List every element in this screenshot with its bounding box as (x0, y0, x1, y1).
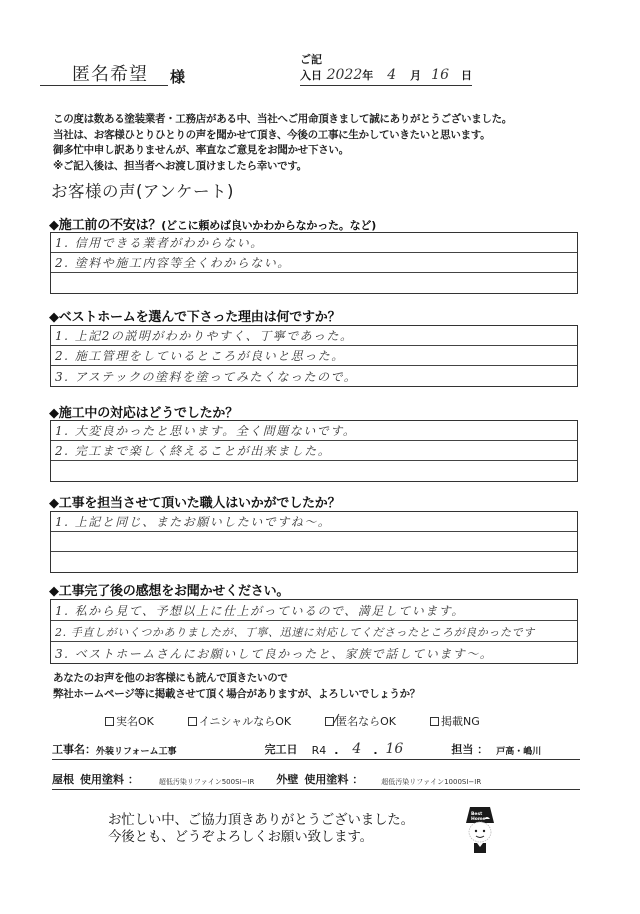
question-text: ◆施工前の不安は？ (49, 218, 161, 233)
question-text: ◆ベストホームを選んで下さった理由は何ですか？ (49, 310, 340, 325)
answer-text: 2. 手直しがいくつかありましたが、丁寧、迅速に対応してくださったところが良かっ… (55, 624, 535, 640)
answer-row: 2. 完工まで楽しく終えることが出来ました。 (51, 441, 577, 461)
checkbox[interactable] (188, 717, 197, 726)
roof-paint-value: 超低汚染リファイン500SI−IR (159, 777, 255, 787)
question-heading: ◆工事を担当させて頂いた職人はいかがでしたか？ (49, 492, 340, 511)
answer-row: 3. ベストホームさんにお願いして良かったと、家族で話しています〜。 (51, 642, 577, 663)
intro-line: 御多忙中申し訳ありませんが、率直なご意見をお聞かせ下さい。 (53, 143, 512, 159)
answer-text: 2. 完工まで楽しく終えることが出来ました。 (55, 442, 331, 459)
honorific: 様 (170, 66, 185, 87)
wall-label: 外壁 (276, 771, 298, 787)
answer-box: 1. 私から見て、予想以上に仕上がっているので、満足しています。 2. 手直しが… (50, 599, 578, 664)
date-year: 2022 (327, 67, 363, 83)
answer-row: 1. 信用できる業者がわからない。 (51, 233, 577, 253)
wall-paint-label: 使用塗料 ： (304, 771, 363, 787)
answer-row: 1. 上記2の説明がわかりやすく、丁寧であった。 (51, 326, 577, 346)
month-label: 月 (410, 67, 421, 83)
question-heading: ◆施工中の対応はどうでしたか？ (49, 402, 238, 421)
answer-row: 1. 大変良かったと思います。全く問題ないです。 (51, 421, 577, 441)
date-day: 16 (431, 67, 449, 83)
answer-text: 1. 私から見て、予想以上に仕上がっているので、満足しています。 (55, 602, 465, 619)
staff-label: 担当 ： (451, 741, 488, 757)
answer-box: 1. 信用できる業者がわからない。 2. 塗料や施工内容等全くわからない。 (50, 232, 578, 294)
option-label: 掲載NG (441, 713, 480, 729)
option-label: イニシャルならOK (199, 713, 291, 729)
separator-dot: . (373, 744, 377, 757)
roof-label: 屋根 (52, 771, 74, 787)
answer-text: 1. 上記2の説明がわかりやすく、丁寧であった。 (55, 327, 354, 344)
closing-line: 今後とも、どうぞよろしくお願い致します。 (108, 829, 414, 846)
question-text: ◆施工中の対応はどうでしたか？ (49, 406, 238, 421)
answer-row (51, 552, 577, 572)
answer-box: 1. 上記と同じ、またお願いしたいですね〜。 (50, 511, 578, 573)
project-info-line: 工事名： 外装リフォーム工事 完工日 R4 . 4 . 16 担当 ： 戸高・嶋… (52, 742, 580, 760)
day-label: 日 (461, 67, 472, 83)
answer-row: 2. 施工管理をしているところが良いと思った。 (51, 346, 577, 366)
intro-line: 当社は、お客様ひとりひとりの声を聞かせて頂き、今後の工事に生かしていきたいと思い… (53, 128, 512, 144)
answer-text: 1. 大変良かったと思います。全く問題ないです。 (55, 422, 356, 439)
question-text: ◆工事を担当させて頂いた職人はいかがでしたか？ (49, 496, 340, 511)
answer-row: 1. 私から見て、予想以上に仕上がっているので、満足しています。 (51, 600, 577, 621)
entry-date: ご記入日 2022 年 4 月 16 日 (300, 62, 472, 86)
answer-row (51, 273, 577, 293)
answer-text: 2. 施工管理をしているところが良いと思った。 (55, 347, 345, 364)
date-label: ご記入日 (300, 51, 327, 83)
project-name-value: 外装リフォーム工事 (96, 744, 177, 757)
survey-title: お客様の声(アンケート) (51, 178, 234, 202)
option-label: 匿名ならOK (336, 713, 396, 729)
question-text: ◆工事完了後の感想をお聞かせください。 (49, 584, 289, 599)
wall-paint-value: 超低汚染リファイン1000SI−IR (381, 777, 481, 787)
answer-row: 2. 塗料や施工内容等全くわからない。 (51, 253, 577, 273)
separator-dot: . (334, 744, 338, 757)
question-heading: ◆ベストホームを選んで下さった理由は何ですか？ (49, 306, 340, 325)
answer-text: 2. 塗料や施工内容等全くわからない。 (55, 254, 291, 271)
checkbox-checked[interactable] (325, 717, 334, 726)
intro-line: ※ご記入後は、担当者へお渡し頂けましたら幸いです。 (53, 159, 512, 175)
completion-era: R4 (312, 744, 327, 757)
best-home-mascot-icon: Best Home (462, 805, 498, 861)
consent-options: 実名OK イニシャルならOK 匿名ならOK 掲載NG (105, 713, 514, 729)
answer-box: 1. 上記2の説明がわかりやすく、丁寧であった。 2. 施工管理をしているところ… (50, 325, 578, 387)
option-no-publish[interactable]: 掲載NG (430, 713, 480, 729)
date-month: 4 (387, 67, 396, 83)
roof-paint-label: 使用塗料 ： (80, 771, 139, 787)
year-label: 年 (362, 67, 373, 83)
option-real-name[interactable]: 実名OK (105, 713, 154, 729)
project-name-label: 工事名： (52, 741, 96, 757)
answer-row: 2. 手直しがいくつかありましたが、丁寧、迅速に対応してくださったところが良かっ… (51, 621, 577, 642)
answer-row (51, 532, 577, 552)
checkbox[interactable] (105, 717, 114, 726)
svg-text:Home: Home (471, 816, 486, 822)
consent-line: 弊社ホームページ等に掲載させて頂く場合がありますが、よろしいでしょうか？ (53, 686, 420, 702)
customer-name: 匿名希望 (72, 60, 148, 86)
answer-row: 3. アステックの塗料を塗ってみたくなったので。 (51, 366, 577, 386)
completion-month: 4 (352, 741, 361, 757)
answer-text: 3. ベストホームさんにお願いして良かったと、家族で話しています〜。 (55, 645, 493, 662)
closing-message: お忙しい中、ご協力頂きありがとうございました。 今後とも、どうぞよろしくお願い致… (108, 812, 414, 846)
publication-consent-question: あなたのお声を他のお客様にも読んで頂きたいので 弊社ホームページ等に掲載させて頂… (53, 670, 420, 702)
question-heading: ◆工事完了後の感想をお聞かせください。 (49, 580, 289, 599)
closing-line: お忙しい中、ご協力頂きありがとうございました。 (108, 812, 414, 829)
answer-box: 1. 大変良かったと思います。全く問題ないです。 2. 完工まで楽しく終えること… (50, 420, 578, 482)
question-heading: ◆施工前の不安は？(どこに頼めば良いかわからなかった。など) (49, 214, 376, 233)
intro-text: この度は数ある塗装業者・工務店がある中、当社へご用命頂きまして誠にありがとうござ… (53, 112, 512, 174)
option-anonymous[interactable]: 匿名ならOK (325, 713, 396, 729)
intro-line: この度は数ある塗装業者・工務店がある中、当社へご用命頂きまして誠にありがとうござ… (53, 112, 512, 128)
answer-text: 1. 信用できる業者がわからない。 (55, 234, 264, 251)
checkbox[interactable] (430, 717, 439, 726)
answer-text: 3. アステックの塗料を塗ってみたくなったので。 (55, 368, 357, 385)
question-subtext: (どこに頼めば良いかわからなかった。など) (161, 219, 376, 232)
completion-label: 完工日 (265, 741, 298, 757)
option-label: 実名OK (116, 713, 154, 729)
answer-text: 1. 上記と同じ、またお願いしたいですね〜。 (55, 513, 331, 530)
paint-info-line: 屋根 使用塗料 ： 超低汚染リファイン500SI−IR 外壁 使用塗料 ： 超低… (52, 770, 580, 790)
staff-value: 戸高・嶋川 (496, 744, 541, 757)
answer-row: 1. 上記と同じ、またお願いしたいですね〜。 (51, 512, 577, 532)
consent-line: あなたのお声を他のお客様にも読んで頂きたいので (53, 670, 420, 686)
option-initials[interactable]: イニシャルならOK (188, 713, 291, 729)
completion-day: 16 (386, 741, 404, 757)
answer-row (51, 461, 577, 481)
